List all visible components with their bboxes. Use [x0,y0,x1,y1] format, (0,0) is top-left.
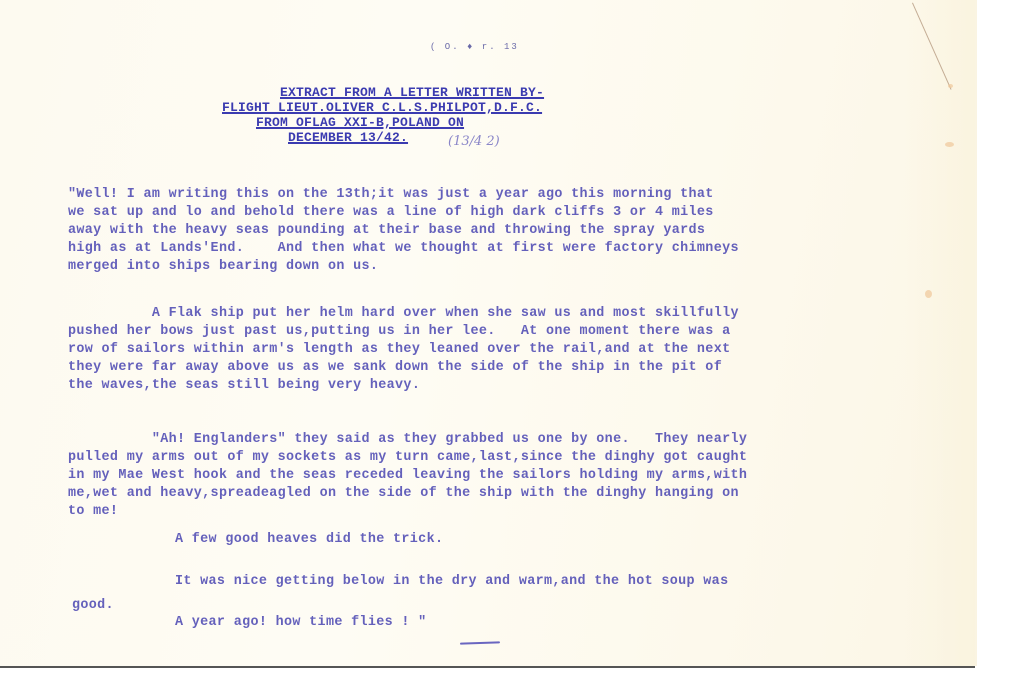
paragraph-2: A Flak ship put her helm hard over when … [68,305,928,395]
reference-mark: ( O. ♦ r. 13 [430,42,519,52]
heading-line: EXTRACT FROM A LETTER WRITTEN BY- [220,85,640,100]
text-line: row of sailors within arm's length as th… [68,341,928,359]
heading-line: FROM OFLAG XXI-B,POLAND ON [220,115,640,130]
paper-stain [948,84,953,88]
handwritten-date-note: (13/4 2) [448,134,500,149]
heading-line: FLIGHT LIEUT.OLIVER C.L.S.PHILPOT,D.F.C. [220,100,640,115]
text-line: they were far away above us as we sank d… [68,359,928,377]
text-line: to me! [68,503,928,521]
paragraph-closing: A year ago! how time flies ! " [175,614,1024,632]
paragraph-4: A few good heaves did the trick. [175,531,1024,549]
text-line: "Ah! Englanders" they said as they grabb… [68,431,928,449]
text-line: me,wet and heavy,spreadeagled on the sid… [68,485,928,503]
paper-stain [945,142,954,147]
text-line: merged into ships bearing down on us. [68,258,928,276]
text-line: good. [72,597,932,615]
paragraph-1: "Well! I am writing this on the 13th;it … [68,186,928,276]
text-line: "Well! I am writing this on the 13th;it … [68,186,928,204]
text-line: we sat up and lo and behold there was a … [68,204,928,222]
paper-stain [925,290,932,298]
text-line: A few good heaves did the trick. [175,531,1024,549]
letter-heading: EXTRACT FROM A LETTER WRITTEN BY- FLIGHT… [220,85,640,145]
text-line: A year ago! how time flies ! " [175,614,1024,632]
paragraph-5-continuation: good. [72,597,932,615]
text-line: in my Mae West hook and the seas receded… [68,467,928,485]
text-line: pushed her bows just past us,putting us … [68,323,928,341]
text-line: high as at Lands'End. And then what we t… [68,240,928,258]
letter-page: ( O. ♦ r. 13 EXTRACT FROM A LETTER WRITT… [0,0,975,668]
text-line: A Flak ship put her helm hard over when … [68,305,928,323]
text-line: pulled my arms out of my sockets as my t… [68,449,928,467]
heading-line: DECEMBER 13/42. [220,130,640,145]
paragraph-3: "Ah! Englanders" they said as they grabb… [68,431,928,521]
text-line: It was nice getting below in the dry and… [175,573,1024,591]
text-line: away with the heavy seas pounding at the… [68,222,928,240]
text-line: the waves,the seas still being very heav… [68,377,928,395]
paragraph-5: It was nice getting below in the dry and… [175,573,1024,591]
handwritten-squiggle [460,641,500,644]
